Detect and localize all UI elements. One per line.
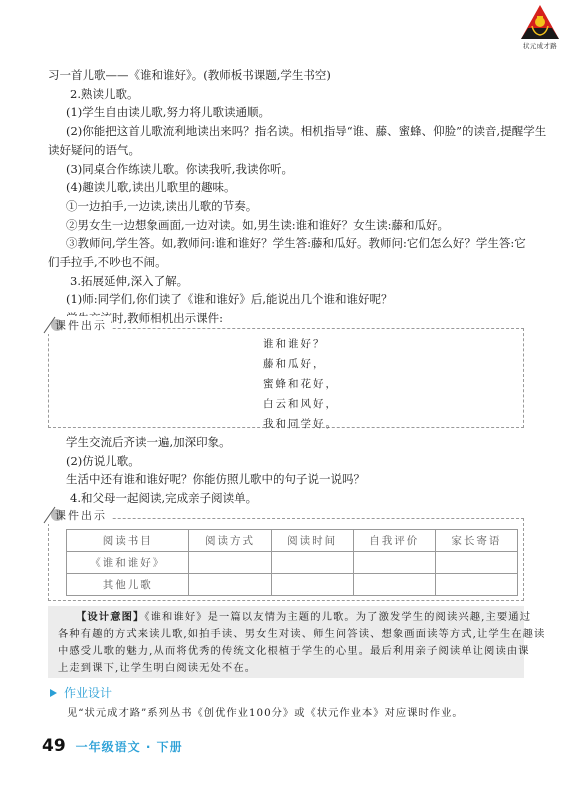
homework-heading: 作业设计 — [50, 684, 112, 701]
table-cell — [189, 552, 271, 574]
column-header: 阅读方式 — [189, 530, 271, 552]
paragraph-line: ②男女生一边想象画面,一边对读。如,男生读:谁和谁好？女生读:藤和瓜好。 — [48, 216, 554, 235]
page-number: 49 — [42, 736, 66, 756]
poem-line: 藤和瓜好， — [263, 354, 523, 374]
courseware-box-reading-table: 课件出示 阅读书目阅读方式阅读时间自我评价家长寄语《谁和谁好》其他儿歌 — [48, 518, 524, 601]
design-intent-line: 各种有趣的方式来读儿歌,如拍手读、男女生对读、师生问答读、想象画面读等方式,让学… — [58, 626, 514, 643]
table-cell — [353, 574, 435, 596]
paragraph-line: 4.和父母一起阅读,完成亲子阅读单。 — [48, 489, 554, 508]
table-cell: 其他儿歌 — [67, 574, 189, 596]
poem-line: 我和同学好。 — [263, 414, 523, 434]
design-intent-line: 【设计意图】《谁和谁好》是一篇以友情为主题的儿歌。为了激发学生的阅读兴趣,主要通… — [58, 609, 514, 626]
publisher-logo-text: 状元成才路 — [515, 41, 565, 50]
paragraph-line: (3)同桌合作练读儿歌。你读我听,我读你听。 — [48, 160, 554, 179]
paragraph-line: 2.熟读儿歌。 — [48, 85, 554, 104]
table-cell: 《谁和谁好》 — [67, 552, 189, 574]
courseware-label: 课件出示 — [43, 316, 111, 334]
poem-line: 蜜蜂和花好， — [263, 374, 523, 394]
design-intent-panel: 【设计意图】《谁和谁好》是一篇以友情为主题的儿歌。为了激发学生的阅读兴趣,主要通… — [48, 606, 524, 678]
paragraph-line: (1)学生自由读儿歌,努力将儿歌读通顺。 — [48, 103, 554, 122]
homework-text: 见“状元成才路”系列丛书《创优作业100分》或《状元作业本》对应课时作业。 — [67, 704, 464, 719]
publisher-logo: 状元成才路 — [515, 4, 565, 54]
table-cell — [353, 552, 435, 574]
paragraph-line: 们手拉手,不吵也不闹。 — [48, 253, 554, 272]
table-cell — [271, 574, 353, 596]
table-row: 《谁和谁好》 — [67, 552, 518, 574]
table-cell — [189, 574, 271, 596]
paragraph-line: 读好疑问的语气。 — [48, 141, 554, 160]
paragraph-line: 学生交流时,教师相机出示课件: — [48, 309, 554, 328]
paragraph-line: 学生交流后齐读一遍,加深印象。 — [48, 433, 554, 452]
paragraph-line: (1)师:同学们,你们读了《谁和谁好》后,能说出几个谁和谁好呢？ — [48, 290, 554, 309]
paragraph-line: 习一首儿歌——《谁和谁好》。(教师板书课题,学生书空) — [48, 66, 554, 85]
column-header: 自我评价 — [353, 530, 435, 552]
book-title: 一年级语文 · 下册 — [76, 738, 183, 755]
column-header: 家长寄语 — [435, 530, 517, 552]
poem-line: 白云和风好， — [263, 394, 523, 414]
column-header: 阅读书目 — [67, 530, 189, 552]
poem-text: 谁和谁好？藤和瓜好，蜜蜂和花好，白云和风好，我和同学好。 — [49, 329, 523, 434]
paragraph-line: 3.拓展延伸,深入了解。 — [48, 272, 554, 291]
paragraph-line: (2)你能把这首儿歌流利地读出来吗？指名读。相机指导“谁、藤、蜜蜂、仰脸”的读音… — [48, 122, 554, 141]
column-header: 阅读时间 — [271, 530, 353, 552]
table-cell — [435, 552, 517, 574]
publisher-emblem-icon — [520, 4, 560, 40]
poem-line: 谁和谁好？ — [263, 334, 523, 354]
paragraph-line: ①一边拍手,一边读,读出儿歌的节奏。 — [48, 197, 554, 216]
lesson-body-continued: 学生交流后齐读一遍,加深印象。(2)仿说儿歌。生活中还有谁和谁好呢？你能仿照儿歌… — [48, 433, 554, 508]
table-cell — [435, 574, 517, 596]
paragraph-line: 生活中还有谁和谁好呢？你能仿照儿歌中的句子说一说吗？ — [48, 470, 554, 489]
table-row: 其他儿歌 — [67, 574, 518, 596]
page-footer: 49 一年级语文 · 下册 — [42, 736, 183, 756]
paragraph-line: ③教师问,学生答。如,教师问:谁和谁好？学生答:藤和瓜好。教师问:它们怎么好？学… — [48, 234, 554, 253]
courseware-label: 课件出示 — [43, 506, 111, 524]
design-intent-line: 上走到课下,让学生明白阅读无处不在。 — [58, 660, 514, 677]
design-intent-label: 【设计意图】 — [76, 611, 144, 623]
paragraph-line: (4)趣读儿歌,读出儿歌里的趣味。 — [48, 178, 554, 197]
courseware-box-poem: 课件出示 谁和谁好？藤和瓜好，蜜蜂和花好，白云和风好，我和同学好。 — [48, 328, 524, 428]
design-intent-line: 中感受儿歌的魅力,从而将优秀的传统文化根植于学生的心里。最后利用亲子阅读单让阅读… — [58, 643, 514, 660]
table-cell — [271, 552, 353, 574]
table-header-row: 阅读书目阅读方式阅读时间自我评价家长寄语 — [67, 530, 518, 552]
triangle-bullet-icon — [50, 689, 57, 697]
parent-child-reading-table: 阅读书目阅读方式阅读时间自我评价家长寄语《谁和谁好》其他儿歌 — [66, 529, 518, 596]
lesson-body: 习一首儿歌——《谁和谁好》。(教师板书课题,学生书空)2.熟读儿歌。(1)学生自… — [48, 66, 554, 328]
paragraph-line: (2)仿说儿歌。 — [48, 452, 554, 471]
